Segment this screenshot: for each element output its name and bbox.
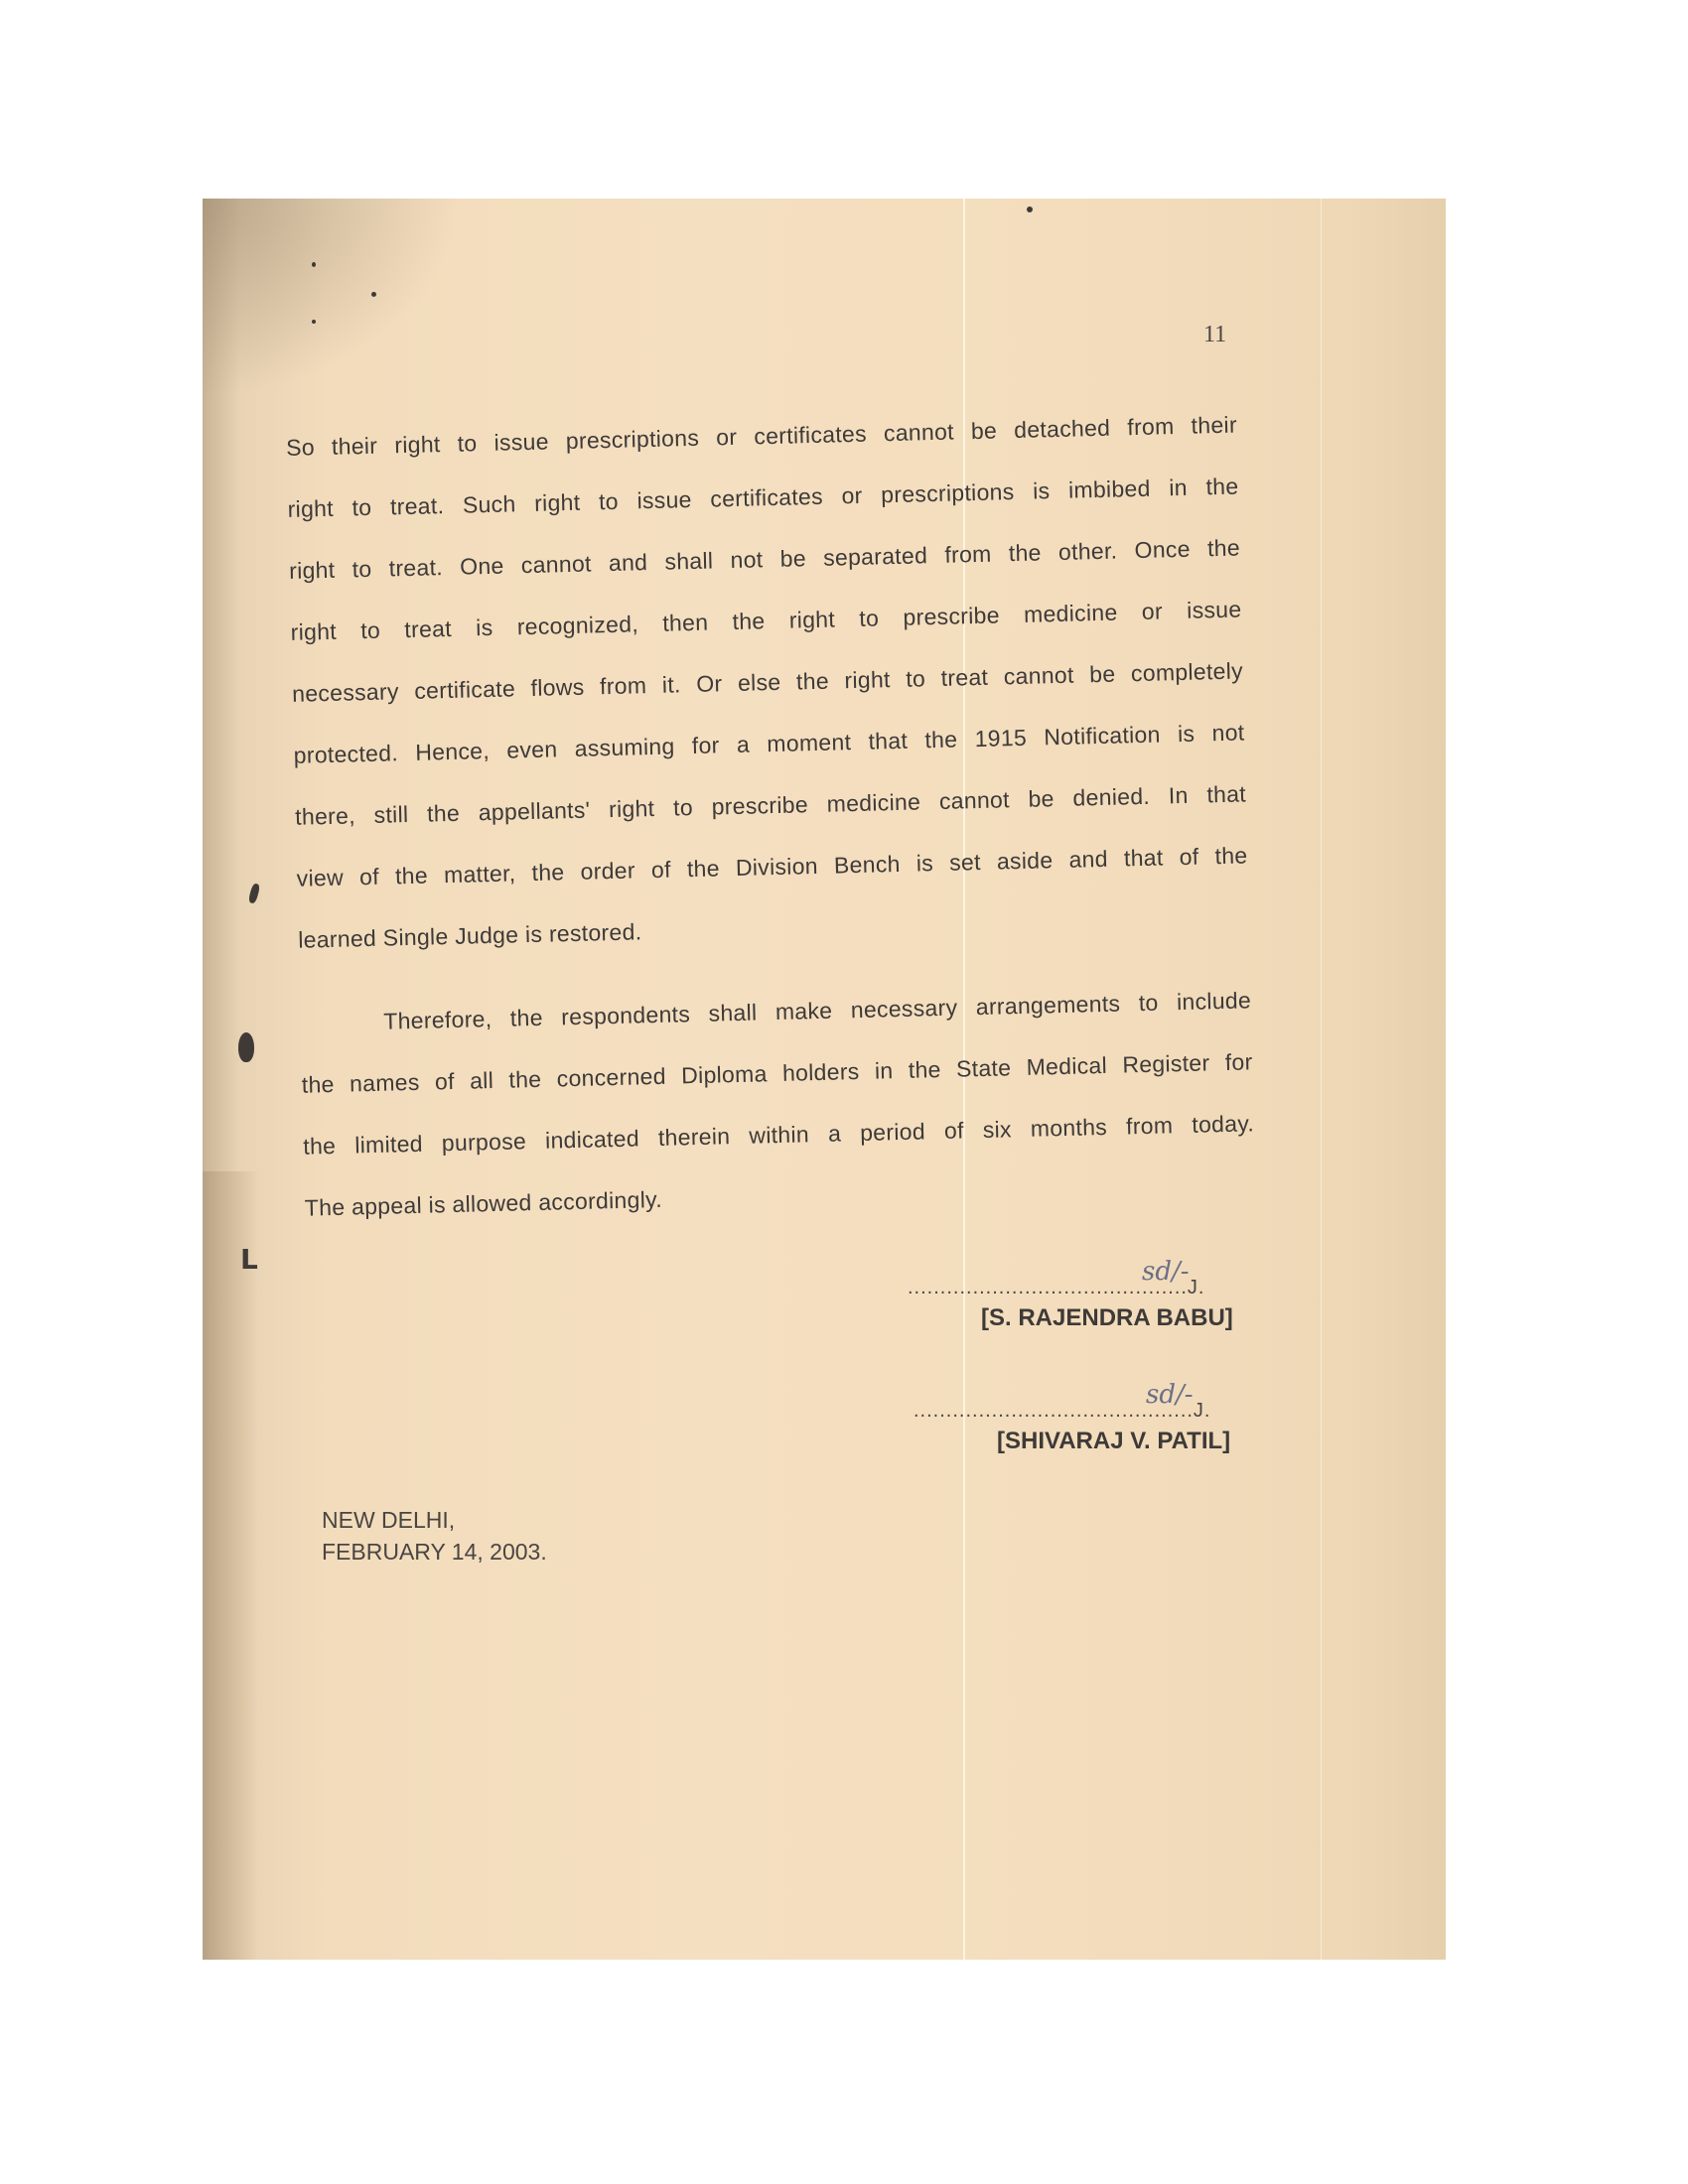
margin-mark-L: L xyxy=(240,1243,258,1276)
judge-name: [SHIVARAJ V. PATIL] xyxy=(997,1428,1230,1455)
signature-line: ........................................… xyxy=(908,1277,1205,1299)
ink-speck xyxy=(312,262,316,267)
date: FEBRUARY 14, 2003. xyxy=(322,1539,547,1566)
text-line: learned Single Judge is restored. xyxy=(298,918,642,953)
text-line: the names of all the concerned Diploma h… xyxy=(302,1048,1253,1098)
margin-mark xyxy=(238,1032,254,1062)
text-line: The appeal is allowed accordingly. xyxy=(305,1186,663,1222)
text-line: right to treat. Such right to issue cert… xyxy=(287,474,1238,523)
place: NEW DELHI, xyxy=(322,1507,455,1534)
text-line: Therefore, the respondents shall make ne… xyxy=(383,987,1251,1034)
signature-line: ........................................… xyxy=(914,1400,1211,1423)
paper-crease xyxy=(1321,199,1322,1960)
text-line: necessary certificate flows from it. Or … xyxy=(292,657,1243,707)
text-line: view of the matter, the order of the Div… xyxy=(296,842,1247,891)
ink-speck xyxy=(371,292,376,297)
margin-mark xyxy=(248,883,261,903)
ink-speck xyxy=(1027,206,1033,212)
text-line: the limited purpose indicated therein wi… xyxy=(303,1110,1254,1160)
judge-name: [S. RAJENDRA BABU] xyxy=(981,1304,1233,1332)
text-line: right to treat is recognized, then the r… xyxy=(290,596,1241,645)
text-line: So their right to issue prescriptions or… xyxy=(286,412,1237,462)
text-line: right to treat. One cannot and shall not… xyxy=(289,534,1240,584)
scanned-page: L 11 So their right to issue prescriptio… xyxy=(203,199,1446,1960)
text-line: protected. Hence, even assuming for a mo… xyxy=(293,719,1244,768)
text-line: there, still the appellants' right to pr… xyxy=(295,780,1246,830)
ink-speck xyxy=(312,320,316,324)
page-number: 11 xyxy=(1203,322,1226,348)
paper-fold-shadow xyxy=(203,1171,258,1960)
